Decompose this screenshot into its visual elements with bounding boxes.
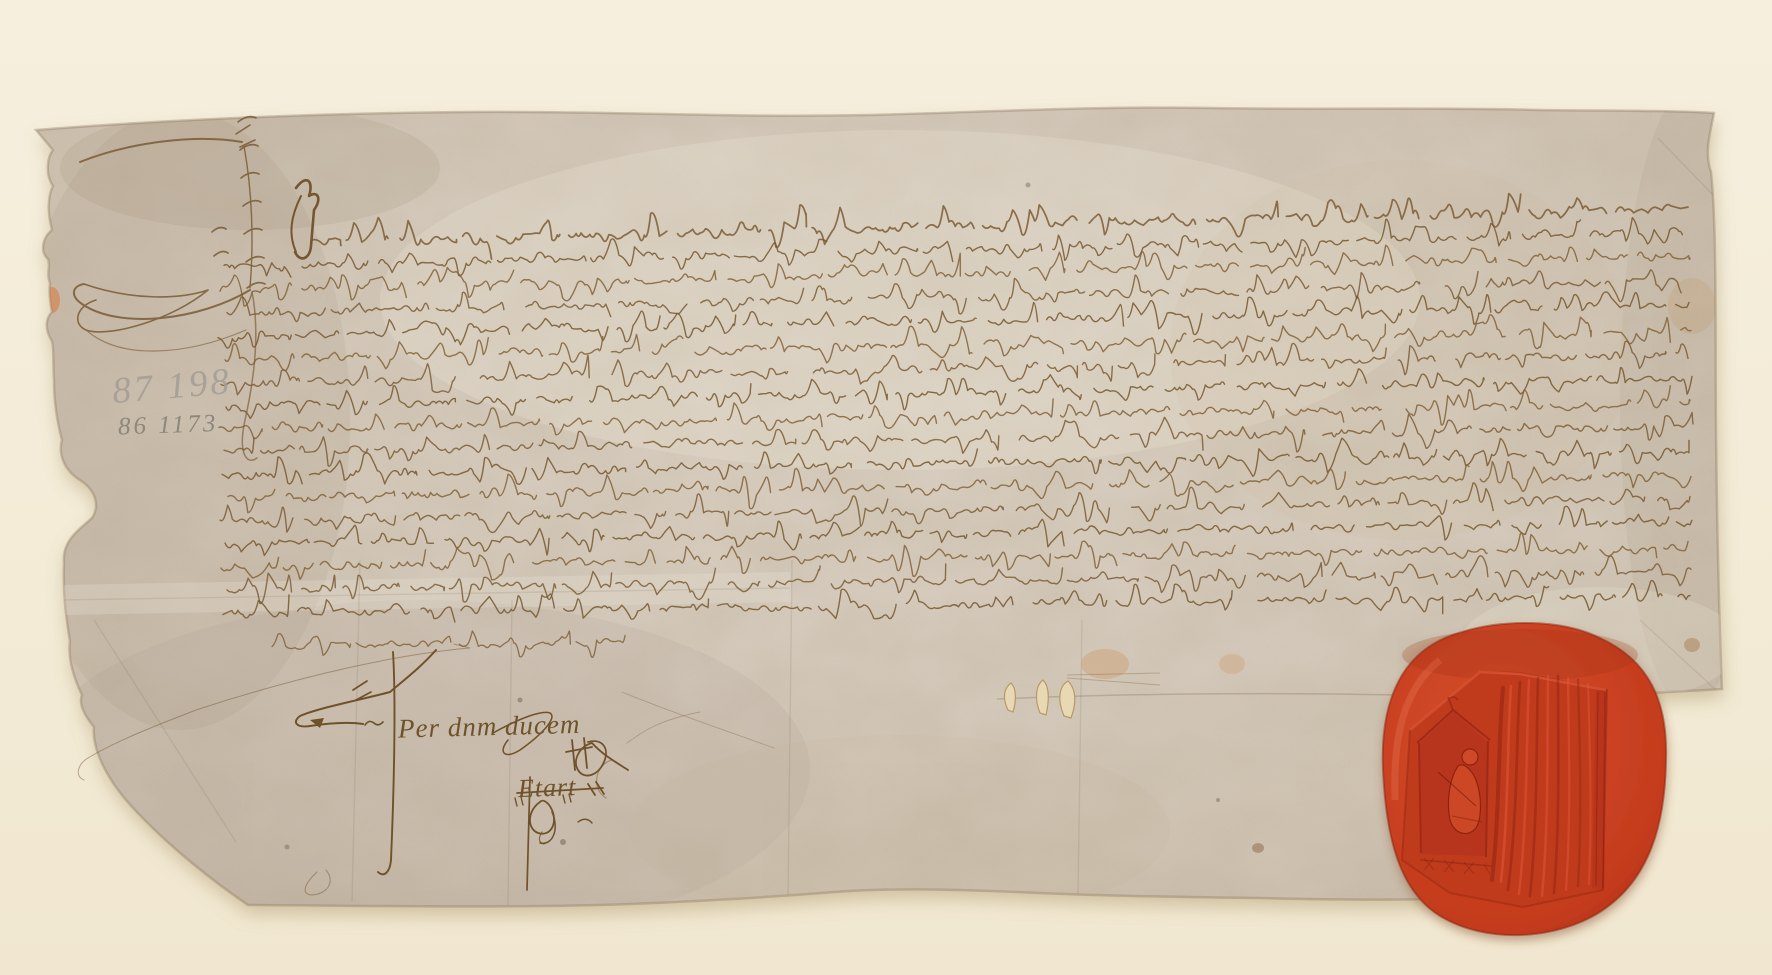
photograph-of-medieval-charter: 87 198 86 1173 Per dnm ducem Etart xyxy=(0,0,1772,975)
subscription-text: Per dnm ducem xyxy=(397,709,581,744)
wax-seal xyxy=(1383,623,1666,935)
pencil-shelfmark-new: 86 1173 xyxy=(118,410,219,440)
signature-text: Etart xyxy=(516,772,576,803)
